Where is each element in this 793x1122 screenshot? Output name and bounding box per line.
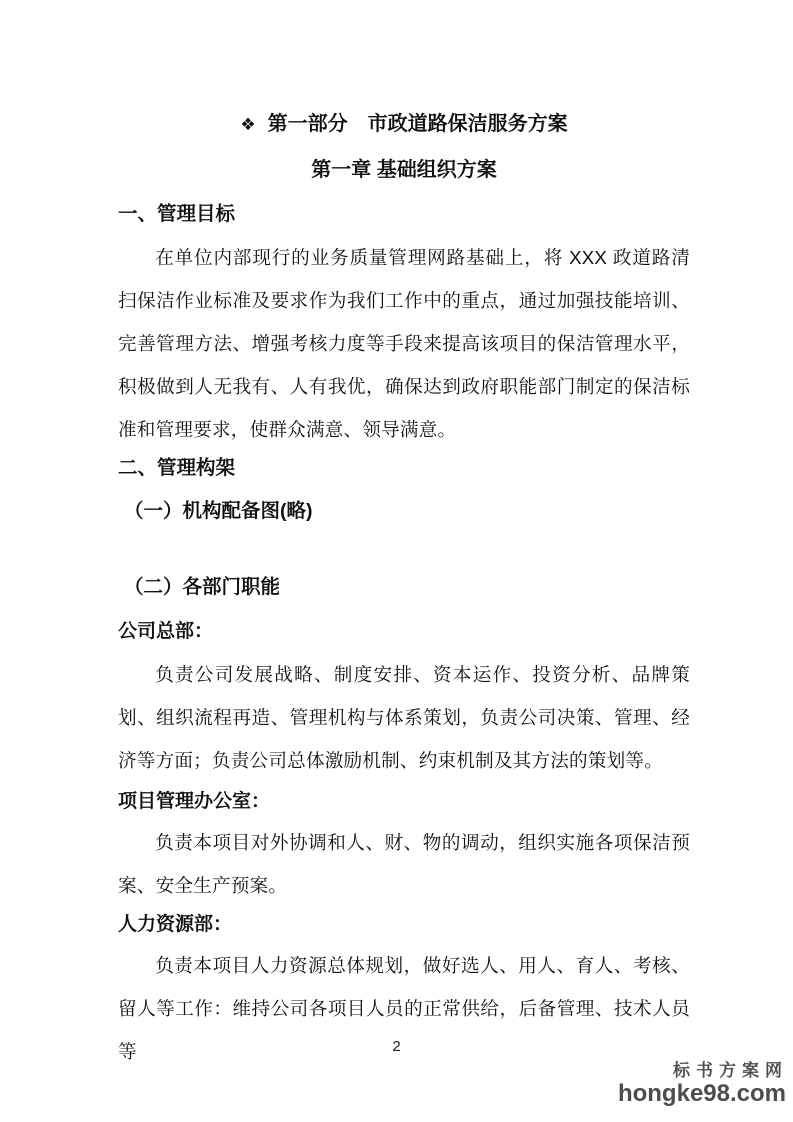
department-name-human-resources: 人力资源部： bbox=[118, 903, 690, 946]
watermark: 标书方案网 hongke98.com bbox=[618, 1062, 786, 1107]
part-title: ❖第一部分 市政道路保洁服务方案 bbox=[118, 101, 690, 148]
subsection2-heading: （二）各部门职能 bbox=[118, 566, 690, 608]
subsection1-heading: （一）机构配备图(略) bbox=[118, 490, 690, 532]
department-description-project-office: 负责本项目对外协调和人、财、物的调动，组织实施各项保洁预案、安全生产预案。 bbox=[118, 821, 690, 907]
department-name-project-office: 项目管理办公室： bbox=[118, 780, 690, 823]
section2-heading: 二、管理构架 bbox=[118, 446, 690, 490]
section1-paragraph: 在单位内部现行的业务质量管理网路基础上，将 XXX 政道路清扫保洁作业标准及要求… bbox=[118, 236, 690, 451]
document-page: ❖第一部分 市政道路保洁服务方案 第一章 基础组织方案 一、管理目标 在单位内部… bbox=[0, 0, 793, 1122]
diamond-bullet-icon: ❖ bbox=[240, 115, 255, 134]
department-name-headquarters: 公司总部： bbox=[118, 610, 690, 653]
document-content: ❖第一部分 市政道路保洁服务方案 第一章 基础组织方案 一、管理目标 在单位内部… bbox=[118, 101, 690, 1073]
page-number: 2 bbox=[0, 1038, 793, 1055]
part-title-text: 第一部分 市政道路保洁服务方案 bbox=[268, 113, 568, 135]
watermark-site-name: 标书方案网 bbox=[618, 1062, 788, 1081]
department-description-headquarters: 负责公司发展战略、制度安排、资本运作、投资分析、品牌策划、组织流程再造、管理机构… bbox=[118, 653, 690, 782]
watermark-site-url: hongke98.com bbox=[618, 1081, 786, 1107]
chapter-title: 第一章 基础组织方案 bbox=[118, 148, 690, 192]
section1-heading: 一、管理目标 bbox=[118, 192, 690, 236]
